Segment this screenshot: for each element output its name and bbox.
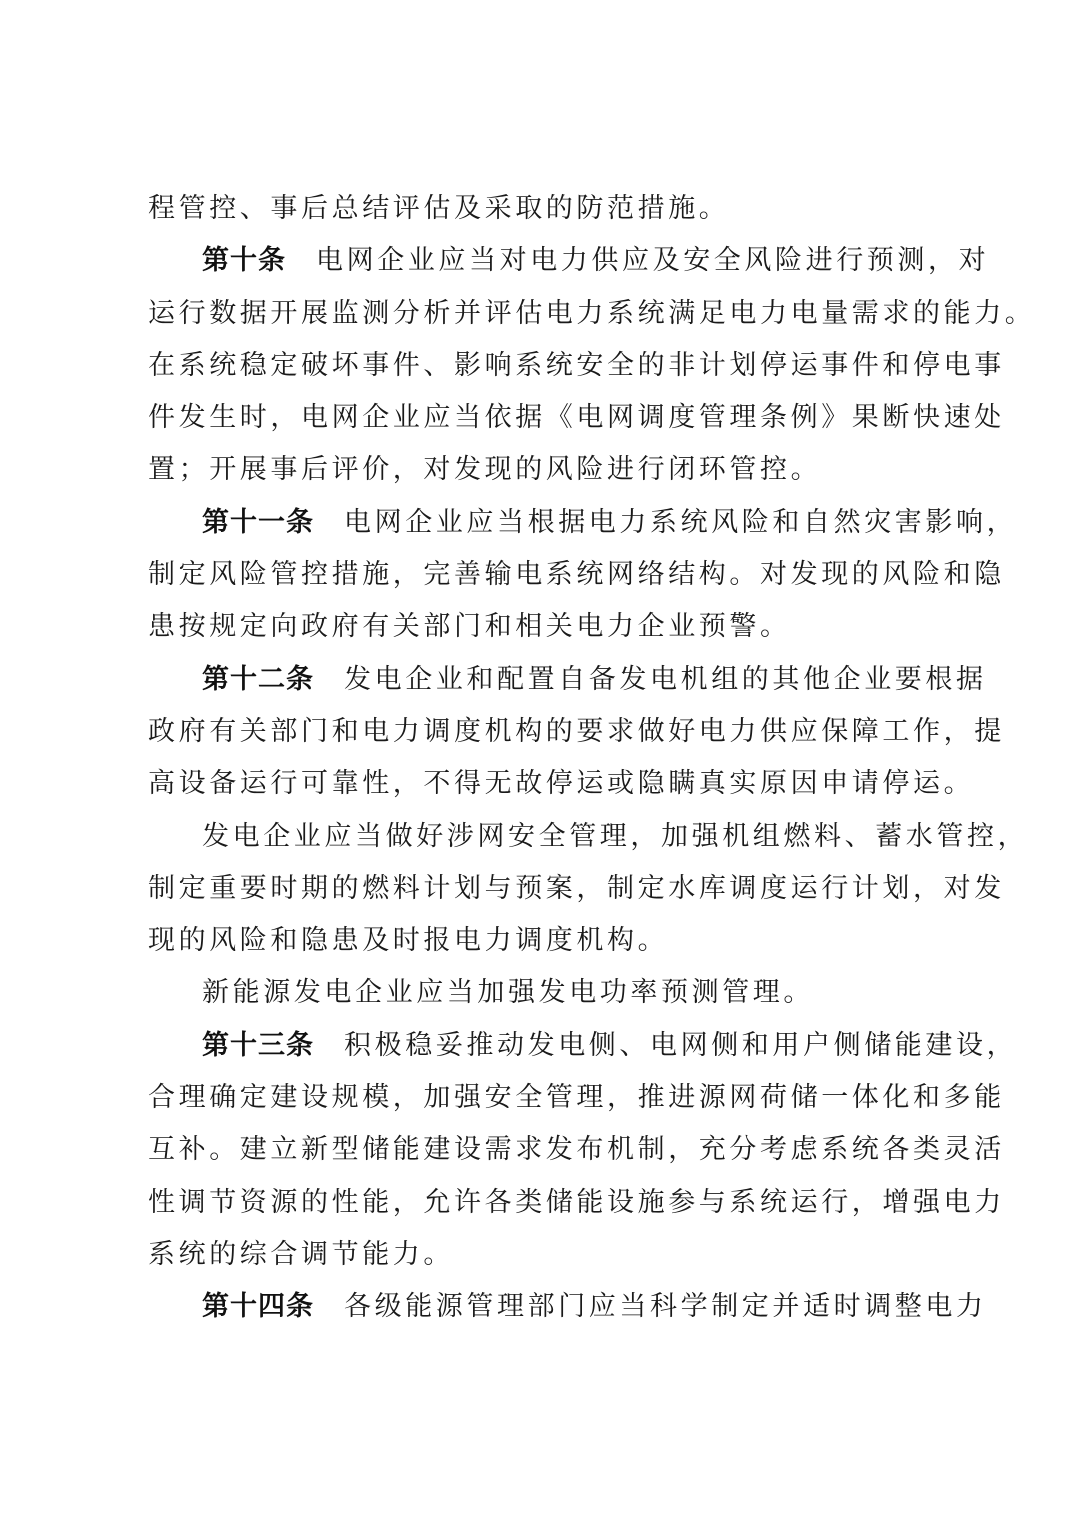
text-line: 置；开展事后评价，对发现的风险进行闭环管控。 <box>148 444 934 496</box>
text-line: 制定重要时期的燃料计划与预案，制定水库调度运行计划，对发 <box>148 863 934 915</box>
document-page: 程管控、事后总结评估及采取的防范措施。 第十条电网企业应当对电力供应及安全风险进… <box>148 183 934 1334</box>
text-span: 发电企业和配置自备发电机组的其他企业要根据 <box>344 664 987 695</box>
text-line: 合理确定建设规模，加强安全管理，推进源网荷储一体化和多能 <box>148 1072 934 1124</box>
text-line: 在系统稳定破坏事件、影响系统安全的非计划停运事件和停电事 <box>148 340 934 392</box>
text-line: 件发生时，电网企业应当依据《电网调度管理条例》果断快速处 <box>148 392 934 444</box>
text-line: 第十二条发电企业和配置自备发电机组的其他企业要根据 <box>148 654 934 706</box>
text-line: 政府有关部门和电力调度机构的要求做好电力供应保障工作，提 <box>148 706 934 758</box>
text-line: 程管控、事后总结评估及采取的防范措施。 <box>148 183 934 235</box>
text-line: 第十条电网企业应当对电力供应及安全风险进行预测，对 <box>148 235 934 287</box>
text-line: 第十一条电网企业应当根据电力系统风险和自然灾害影响， <box>148 497 934 549</box>
article-number: 第十二条 <box>202 664 314 695</box>
article-number: 第十条 <box>202 245 286 276</box>
text-line: 新能源发电企业应当加强发电功率预测管理。 <box>148 967 934 1019</box>
paragraph-continuation: 程管控、事后总结评估及采取的防范措施。 <box>148 183 934 235</box>
article-11: 第十一条电网企业应当根据电力系统风险和自然灾害影响， 制定风险管控措施，完善输电… <box>148 497 934 654</box>
article-13: 第十三条积极稳妥推动发电侧、电网侧和用户侧储能建设， 合理确定建设规模，加强安全… <box>148 1020 934 1281</box>
text-line: 高设备运行可靠性，不得无故停运或隐瞒真实原因申请停运。 <box>148 758 934 810</box>
text-line: 运行数据开展监测分析并评估电力系统满足电力电量需求的能力。 <box>148 288 934 340</box>
text-line: 系统的综合调节能力。 <box>148 1229 934 1281</box>
text-line: 患按规定向政府有关部门和相关电力企业预警。 <box>148 601 934 653</box>
text-line: 第十三条积极稳妥推动发电侧、电网侧和用户侧储能建设， <box>148 1020 934 1072</box>
text-span: 电网企业应当根据电力系统风险和自然灾害影响， <box>344 507 1017 538</box>
text-line: 第十四条各级能源管理部门应当科学制定并适时调整电力 <box>148 1281 934 1333</box>
article-number: 第十三条 <box>202 1030 314 1061</box>
article-number: 第十四条 <box>202 1291 314 1322</box>
text-line: 互补。建立新型储能建设需求发布机制，充分考虑系统各类灵活 <box>148 1124 934 1176</box>
text-line: 现的风险和隐患及时报电力调度机构。 <box>148 915 934 967</box>
text-span: 各级能源管理部门应当科学制定并适时调整电力 <box>344 1291 987 1322</box>
article-number: 第十一条 <box>202 507 314 538</box>
text-line: 制定风险管控措施，完善输电系统网络结构。对发现的风险和隐 <box>148 549 934 601</box>
text-line: 发电企业应当做好涉网安全管理，加强机组燃料、蓄水管控， <box>148 811 934 863</box>
text-line: 性调节资源的性能，允许各类储能设施参与系统运行，增强电力 <box>148 1177 934 1229</box>
article-12-paragraph-2: 发电企业应当做好涉网安全管理，加强机组燃料、蓄水管控， 制定重要时期的燃料计划与… <box>148 811 934 968</box>
article-12-paragraph-3: 新能源发电企业应当加强发电功率预测管理。 <box>148 967 934 1019</box>
article-14: 第十四条各级能源管理部门应当科学制定并适时调整电力 <box>148 1281 934 1333</box>
article-10: 第十条电网企业应当对电力供应及安全风险进行预测，对 运行数据开展监测分析并评估电… <box>148 235 934 496</box>
article-12: 第十二条发电企业和配置自备发电机组的其他企业要根据 政府有关部门和电力调度机构的… <box>148 654 934 811</box>
text-span: 电网企业应当对电力供应及安全风险进行预测，对 <box>316 245 989 276</box>
text-span: 积极稳妥推动发电侧、电网侧和用户侧储能建设， <box>344 1030 1017 1061</box>
